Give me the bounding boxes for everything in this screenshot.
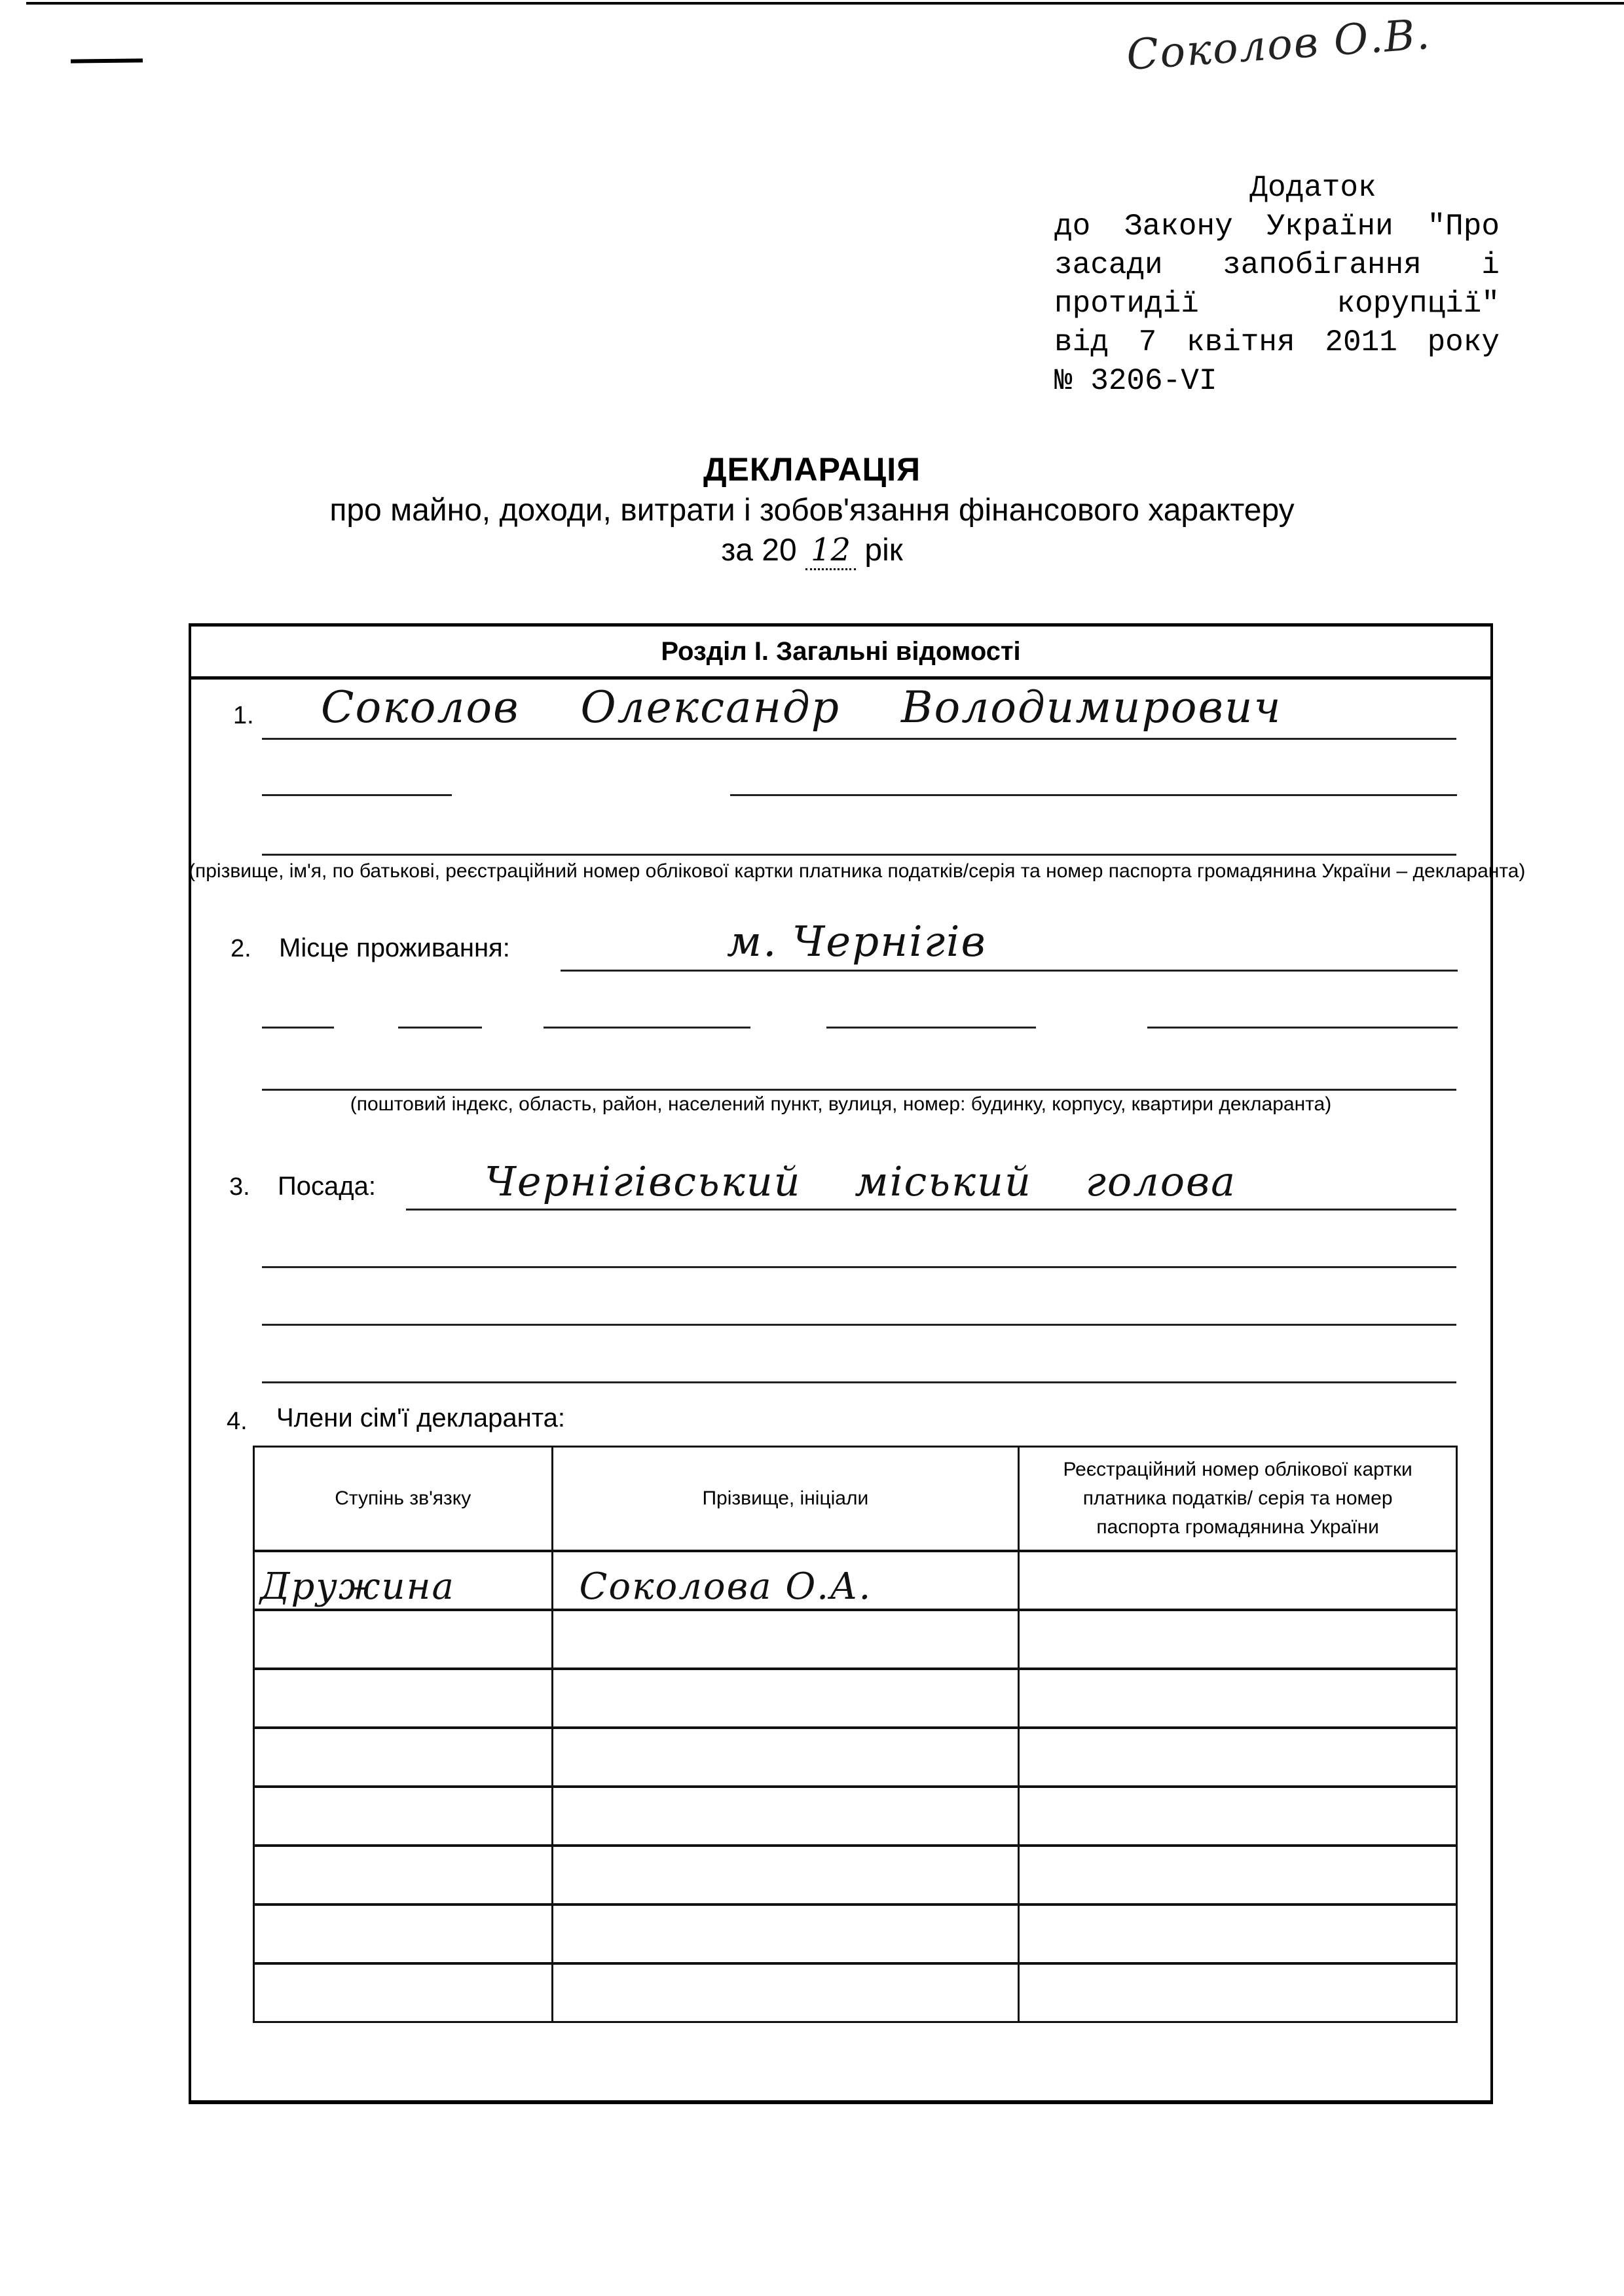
cell-name[interactable] [552,1963,1019,2022]
id-line-right [730,794,1457,796]
cell-registration[interactable] [1019,1610,1457,1669]
cell-name[interactable] [552,1728,1019,1787]
residence-line-1 [561,970,1458,972]
table-row [254,1963,1457,2022]
appendix-line: до Закону України "Про [1054,208,1500,246]
table-row [254,1728,1457,1787]
cell-registration[interactable] [1019,1551,1457,1610]
passport-line [262,854,1456,856]
cell-registration[interactable] [1019,1728,1457,1787]
family-members-label: Члени сім'ї декларанта: [276,1404,565,1433]
cell-relation[interactable] [254,1904,553,1963]
residence-line-2c [544,1027,750,1029]
residence-line-3 [262,1089,1456,1091]
cell-registration[interactable] [1019,1963,1457,2022]
cell-name[interactable] [552,1610,1019,1669]
residence-line-2e [1147,1027,1458,1029]
position-line-3 [262,1324,1456,1326]
residence-field[interactable]: м. Чернігів [727,918,987,966]
residence-line-2b [398,1027,482,1029]
cell-name[interactable] [552,1904,1019,1963]
appendix-line: протидії корупції" [1054,285,1500,323]
position-line-1 [406,1209,1456,1211]
table-row [254,1904,1457,1963]
year-suffix: рік [864,533,902,568]
year-value-field[interactable]: 12 [805,532,856,570]
table-row [254,1669,1457,1728]
cell-name[interactable] [552,1669,1019,1728]
header-registration-number: Реєстраційний номер облікової картки пла… [1019,1447,1457,1552]
cell-name[interactable]: Соколова О.А. [552,1551,1019,1610]
cell-registration[interactable] [1019,1904,1457,1963]
cell-registration[interactable] [1019,1669,1457,1728]
family-members-table: Ступінь зв'язку Прізвище, ініціали Реєст… [253,1446,1458,2023]
position-line-4 [262,1381,1456,1383]
table-row [254,1610,1457,1669]
appendix-line: № 3206-VI [1054,362,1500,401]
document-title: ДЕКЛАРАЦІЯ [0,450,1624,488]
appendix-line: засади запобігання і [1054,246,1500,285]
item-2-number: 2. [231,935,251,963]
margin-dash-mark [71,58,143,63]
declaration-year: за 20 12 рік [0,532,1624,568]
appendix-line: Додаток [1054,169,1500,208]
cell-relation[interactable] [254,1669,553,1728]
document-subtitle: про майно, доходи, витрати і зобов'язанн… [0,492,1624,528]
table-row: Дружина Соколова О.А. [254,1551,1457,1610]
position-field[interactable]: Чернігівський міський голова [485,1157,1236,1205]
item-1-caption: (прізвище, ім'я, по батькові, реєстрацій… [189,860,1493,883]
handwritten-signature: Соколов О.В. [1125,10,1432,80]
header-name-initials: Прізвище, ініціали [552,1447,1019,1552]
cell-registration[interactable] [1019,1787,1457,1846]
item-4-number: 4. [227,1408,248,1436]
residence-line-2d [826,1027,1036,1029]
item-1-number: 1. [233,702,254,730]
id-line-left [262,794,452,796]
cell-relation[interactable] [254,1963,553,2022]
residence-label: Місце проживання: [279,934,510,963]
declarant-name-field[interactable]: Соколов Олександр Володимирович [321,682,1282,733]
cell-relation[interactable] [254,1787,553,1846]
appendix-note: Додаток до Закону України "Про засади за… [1054,169,1500,401]
cell-relation[interactable] [254,1846,553,1904]
top-edge-rule [26,2,1624,5]
residence-line-2a [262,1027,334,1029]
table-header-row: Ступінь зв'язку Прізвище, ініціали Реєст… [254,1447,1457,1552]
appendix-line: від 7 квітня 2011 року [1054,323,1500,362]
cell-registration[interactable] [1019,1846,1457,1904]
header-relation: Ступінь зв'язку [254,1447,553,1552]
cell-relation[interactable] [254,1610,553,1669]
position-label: Посада: [278,1172,376,1201]
table-row [254,1787,1457,1846]
name-line [262,738,1456,740]
cell-relation[interactable]: Дружина [254,1551,553,1610]
cell-relation[interactable] [254,1728,553,1787]
item-2-caption: (поштовий індекс, область, район, населе… [189,1093,1493,1116]
cell-name[interactable] [552,1846,1019,1904]
item-3-number: 3. [229,1173,250,1201]
position-line-2 [262,1266,1456,1268]
table-row [254,1846,1457,1904]
section-heading: Розділ І. Загальні відомості [189,623,1493,680]
cell-name[interactable] [552,1787,1019,1846]
year-prefix: за 20 [721,533,796,568]
